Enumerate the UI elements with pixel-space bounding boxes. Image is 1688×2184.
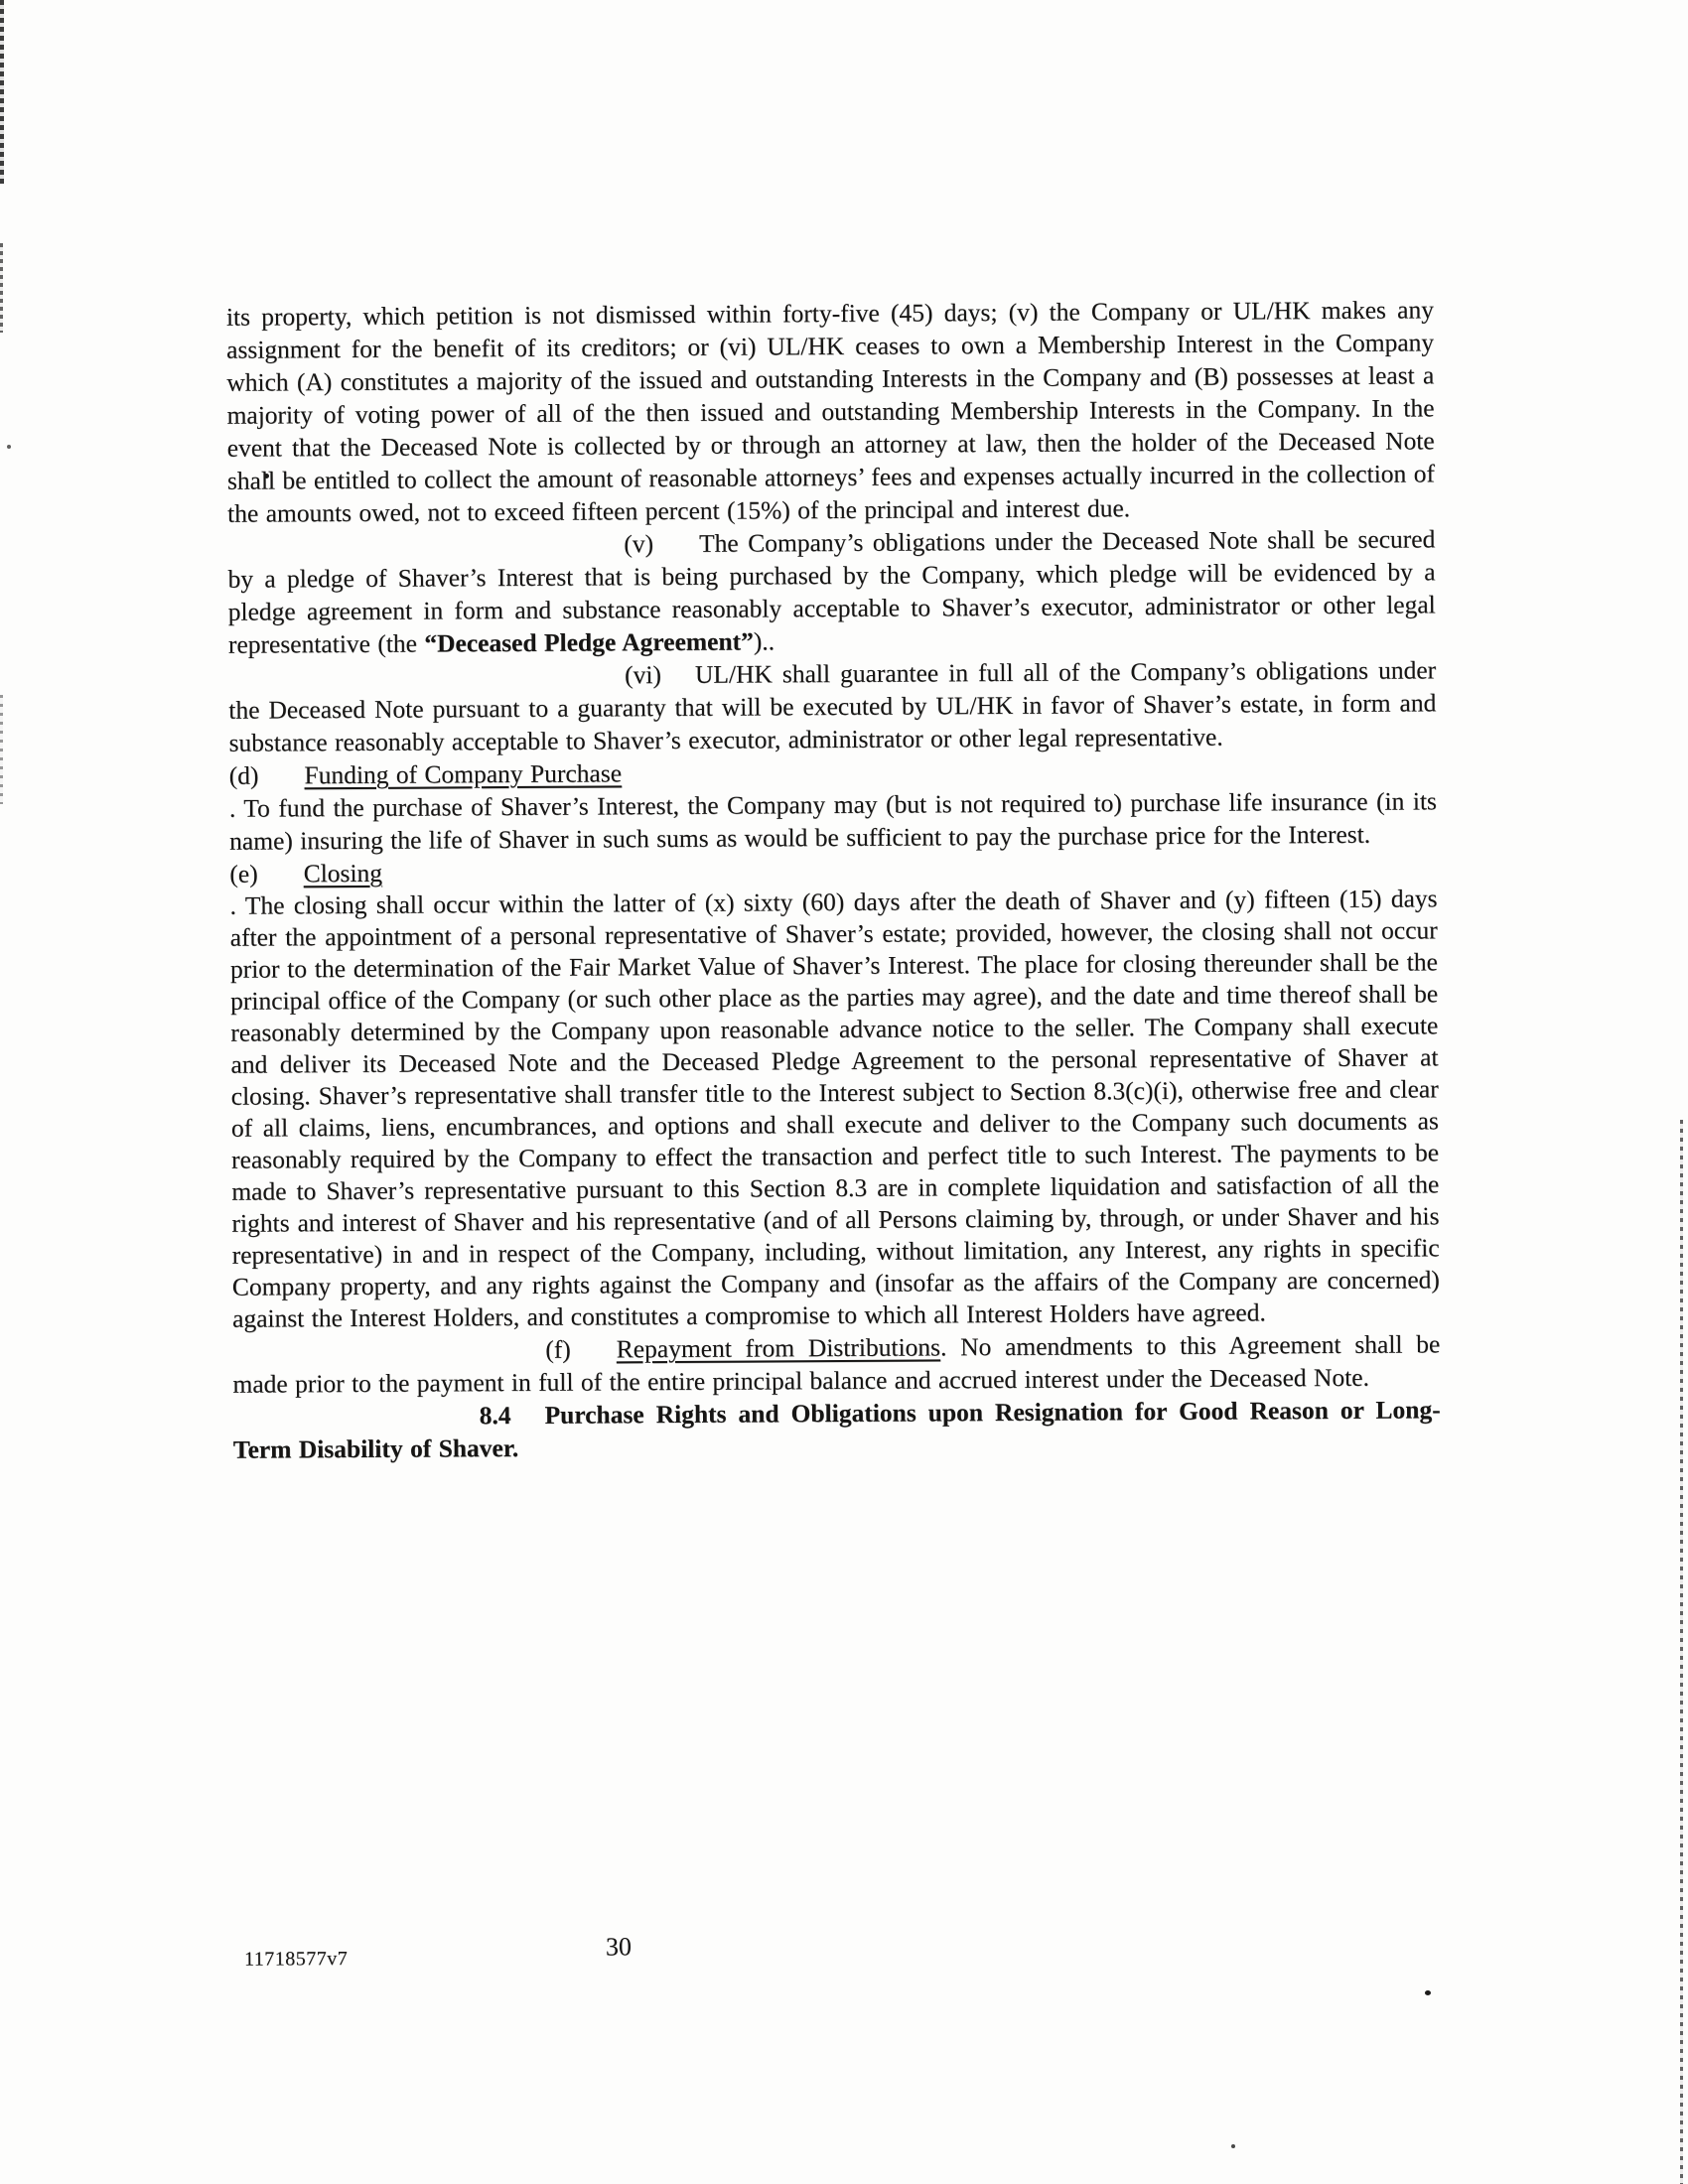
scan-speck	[1027, 1092, 1031, 1096]
scan-speck	[1231, 2144, 1235, 2148]
section-8-4-heading: 8.4Purchase Rights and Obligations upon …	[233, 1393, 1441, 1465]
page-number: 30	[606, 1932, 632, 1962]
scan-speck	[7, 445, 11, 449]
scan-edge-artifact-right	[1680, 1120, 1683, 2184]
heading-d-label: (d)	[229, 761, 259, 790]
closing-paragraph: . The closing shall occur within the lat…	[229, 883, 1440, 1334]
clause-v-paragraph: (v)The Company’s obligations under the D…	[227, 522, 1436, 660]
clause-f-label: (f)	[545, 1335, 571, 1364]
heading-d-title: Funding of Company Purchase	[304, 758, 622, 789]
heading-e-label: (e)	[229, 860, 257, 888]
document-id: 11718577v7	[244, 1948, 348, 1972]
document-page: its property, which petition is not dism…	[0, 0, 1688, 2184]
section-8-4-title: Purchase Rights and Obligations upon Res…	[233, 1395, 1441, 1463]
clause-v-label: (v)	[624, 529, 653, 558]
scan-speck	[264, 474, 269, 478]
scan-edge-artifact-left-mid	[0, 243, 3, 333]
body-text: its property, which petition is not dism…	[226, 293, 1441, 1465]
clause-vi-label: (vi)	[625, 660, 661, 689]
clause-f-title: Repayment from Distributions	[617, 1332, 940, 1363]
defined-term-deceased-pledge-agreement: “Deceased Pledge Agreement”	[424, 627, 754, 658]
scan-edge-artifact-left-low	[0, 695, 3, 804]
scanned-sheet: its property, which petition is not dism…	[0, 0, 1688, 2184]
scan-speck	[1425, 1990, 1431, 1995]
section-8-4-number: 8.4	[480, 1401, 511, 1430]
clause-v-text-end: )..	[754, 626, 774, 655]
scan-edge-artifact-left-top	[0, 0, 4, 184]
clause-vi-paragraph: (vi)UL/HK shall guarantee in full all of…	[228, 653, 1437, 758]
heading-e-title: Closing	[304, 859, 383, 887]
clause-v-text: The Company’s obligations under the Dece…	[227, 524, 1435, 658]
blockquote-paragraph: its property, which petition is not dism…	[226, 293, 1435, 529]
clause-f-paragraph: (f)Repayment from Distributions. No amen…	[232, 1327, 1440, 1400]
clause-vi-text: UL/HK shall guarantee in full all of the…	[228, 655, 1436, 756]
funding-paragraph: . To fund the purchase of Shaver’s Inter…	[229, 784, 1437, 857]
